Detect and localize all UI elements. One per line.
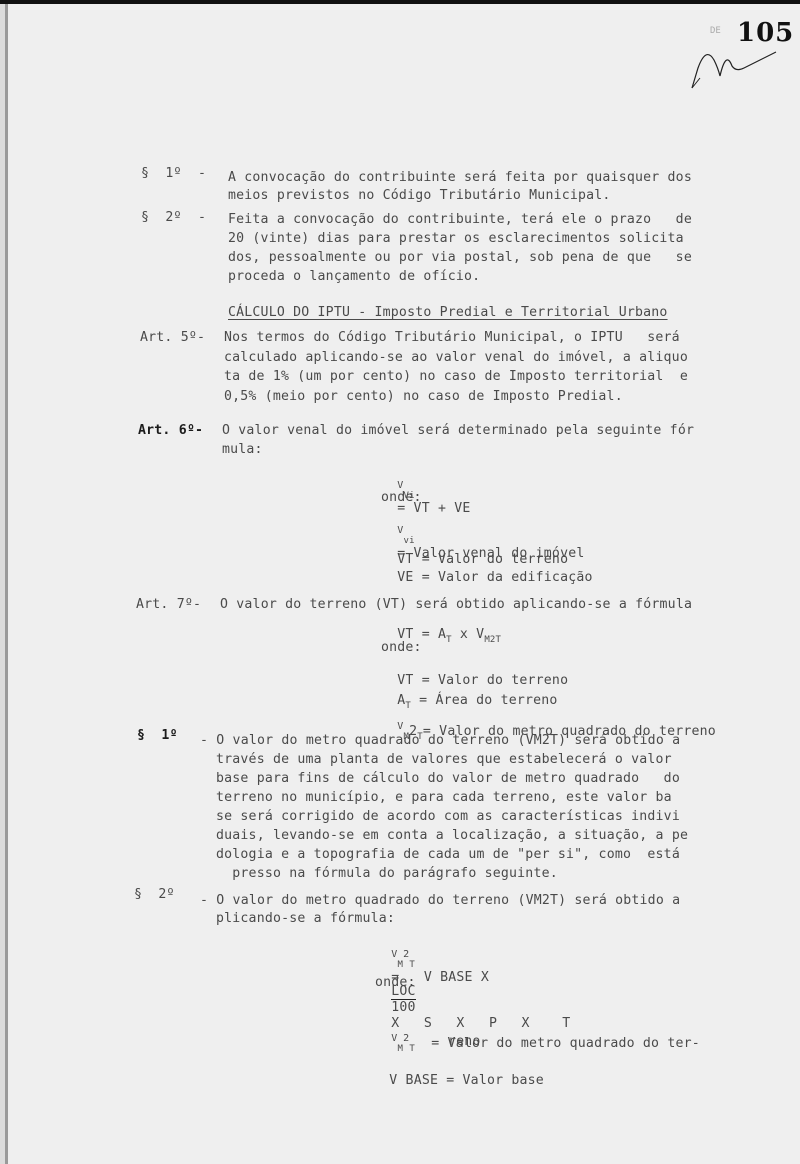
article-5-line-3: ta de 1% (um por cento) no caso de Impos… [224, 369, 688, 384]
article-5-line-2: calculado aplicando-se ao valor venal do… [224, 350, 688, 365]
formula-lhs-sub2: T [409, 960, 415, 970]
scan-top-border [0, 0, 800, 4]
formula-lhs: V [391, 949, 397, 960]
paragraph-2-line-3: dos, pessoalmente ou por via postal, sob… [228, 250, 692, 265]
paragraph-1b-line-7: dologia e a topografia de cada um de "pe… [216, 847, 680, 862]
article-6-line-1: O valor venal do imóvel será determinado… [222, 423, 694, 438]
paragraph-1b-line-5: se será corrigido de acordo com as carac… [216, 809, 680, 824]
formula-lhs-sub: M [398, 960, 404, 970]
def-symbol: V [397, 525, 403, 536]
paragraph-1-marker: § 1º - [141, 166, 206, 181]
p2b-def-2: V BASE = Valor base [373, 1058, 544, 1088]
paragraph-1b-line-4: terreno no município, e para cada terren… [216, 790, 672, 805]
art6-onde: onde: [381, 490, 422, 505]
art6-def-3: VE = Valor da edificação [381, 555, 593, 585]
article-5-line-4: 0,5% (meio por cento) no caso de Imposto… [224, 389, 623, 404]
paragraph-2-line-2: 20 (vinte) dias para prestar os esclarec… [228, 231, 684, 246]
def-symbol-mid: 2 [403, 1033, 409, 1044]
paragraph-1b-marker: § 1º [137, 728, 178, 743]
paragraph-1b-line-8: presso na fórmula do parágrafo seguinte. [216, 866, 558, 881]
paragraph-2-marker: § 2º - [141, 210, 206, 225]
paragraph-1b-line-6: duais, levando-se em conta a localização… [216, 828, 688, 843]
formula-times: x V [452, 627, 485, 642]
article-7-marker: Art. 7º- [136, 597, 201, 612]
p2b-onde: onde: [375, 975, 416, 990]
def-text: = Valor base [438, 1073, 544, 1088]
paragraph-1-line-2: meios previstos no Código Tributário Mun… [228, 188, 611, 203]
p2b-def-1-cont: reno [448, 1034, 481, 1049]
article-5-marker: Art. 5º- [140, 330, 205, 345]
art7-onde: onde: [381, 640, 422, 655]
section-heading: CÁLCULO DO IPTU - Imposto Predial e Terr… [228, 305, 668, 320]
def-symbol: V [397, 721, 403, 732]
article-6-marker: Art. 6º- [138, 423, 203, 438]
def-symbol: VE [397, 570, 413, 585]
def-symbol: V [391, 1033, 397, 1044]
paragraph-1b-line-2: través de uma planta de valores que esta… [216, 752, 672, 767]
paragraph-2-line-1: Feita a convocação do contribuinte, terá… [228, 212, 692, 227]
def-symbol-sub: M [398, 1044, 404, 1054]
paragraph-1-line-1: A convocação do contribuinte será feita … [228, 170, 692, 185]
paragraph-2b-line-2: plicando-se a fórmula: [216, 911, 395, 926]
paragraph-2b-line-1: - O valor do metro quadrado do terreno (… [200, 893, 680, 908]
def-text: = Valor da edificação [414, 570, 593, 585]
binding-line [5, 0, 8, 1164]
signature-icon [688, 38, 778, 93]
paragraph-2-line-4: proceda o lançamento de ofício. [228, 269, 480, 284]
article-5-line-1: Nos termos do Código Tributário Municipa… [224, 330, 680, 345]
article-7-line-1: O valor do terreno (VT) será obtido apli… [220, 597, 692, 612]
article-6-line-2: mula: [222, 442, 263, 457]
paragraph-2b-marker: § 2º [134, 887, 175, 902]
fraction-denominator: 100 [391, 1000, 415, 1016]
formula-lhs-mid: 2 [403, 949, 409, 960]
def-symbol: V BASE [389, 1073, 438, 1088]
formula-v-sub: M2T [484, 635, 501, 645]
paragraph-1b-line-3: base para fins de cálculo do valor de me… [216, 771, 680, 786]
paragraph-1b-line-1: - O valor do metro quadrado do terreno (… [200, 733, 680, 748]
p2b-def-1: VM2T = Valor do metro quadrado do ter- [375, 1018, 700, 1054]
page-stamp: DE [710, 26, 721, 36]
